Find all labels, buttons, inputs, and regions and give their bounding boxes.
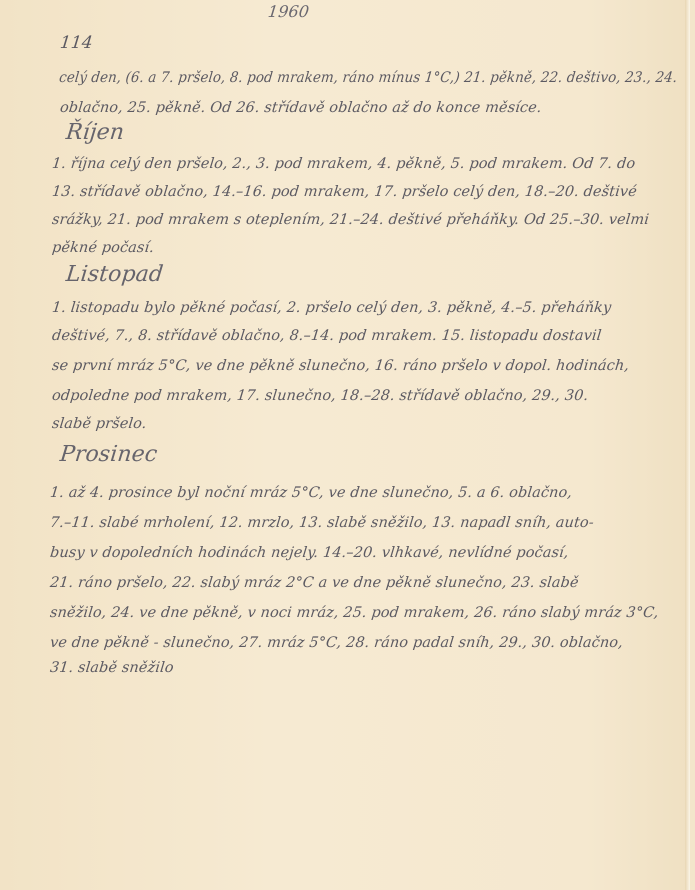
manuscript-page: 1960 114 celý den, (6. a 7. pršelo, 8. p… xyxy=(0,0,690,890)
text-line: pěkné počasí. xyxy=(51,240,155,256)
text-line: ve dne pěkně - slunečno, 27. mráz 5°C, 2… xyxy=(49,635,624,651)
page-number: 114 xyxy=(59,33,94,53)
text-line: 7.–11. slabé mrholení, 12. mrzlo, 13. sl… xyxy=(49,515,594,531)
text-line: 31. slabě sněžilo xyxy=(49,660,174,676)
text-line: 13. střídavě oblačno, 14.–16. pod mrakem… xyxy=(51,184,638,200)
text-line: sněžilo, 24. ve dne pěkně, v noci mráz, … xyxy=(49,605,659,621)
year-header: 1960 xyxy=(267,2,310,21)
text-line: odpoledne pod mrakem, 17. slunečno, 18.–… xyxy=(51,388,589,404)
section-heading-december: Prosinec xyxy=(59,442,159,467)
text-line: 1. listopadu bylo pěkné počasí, 2. pršel… xyxy=(51,300,612,316)
section-heading-october: Říjen xyxy=(65,120,126,145)
text-line: slabě pršelo. xyxy=(51,416,147,432)
text-line: 21. ráno pršelo, 22. slabý mráz 2°C a ve… xyxy=(49,575,579,591)
text-line: oblačno, 25. pěkně. Od 26. střídavě obla… xyxy=(59,100,542,116)
text-line: celý den, (6. a 7. pršelo, 8. pod mrakem… xyxy=(58,70,678,86)
text-line: 1. října celý den pršelo, 2., 3. pod mra… xyxy=(51,156,636,172)
text-line: 1. až 4. prosince byl noční mráz 5°C, ve… xyxy=(49,485,573,501)
text-line: se první mráz 5°C, ve dne pěkně slunečno… xyxy=(51,358,630,374)
page-edge xyxy=(685,0,690,890)
text-line: srážky, 21. pod mrakem s oteplením, 21.–… xyxy=(51,212,650,228)
text-line: busy v dopoledních hodinách nejely. 14.–… xyxy=(49,545,569,561)
section-heading-november: Listopad xyxy=(65,262,165,287)
text-line: deštivé, 7., 8. střídavě oblačno, 8.–14.… xyxy=(51,328,602,344)
